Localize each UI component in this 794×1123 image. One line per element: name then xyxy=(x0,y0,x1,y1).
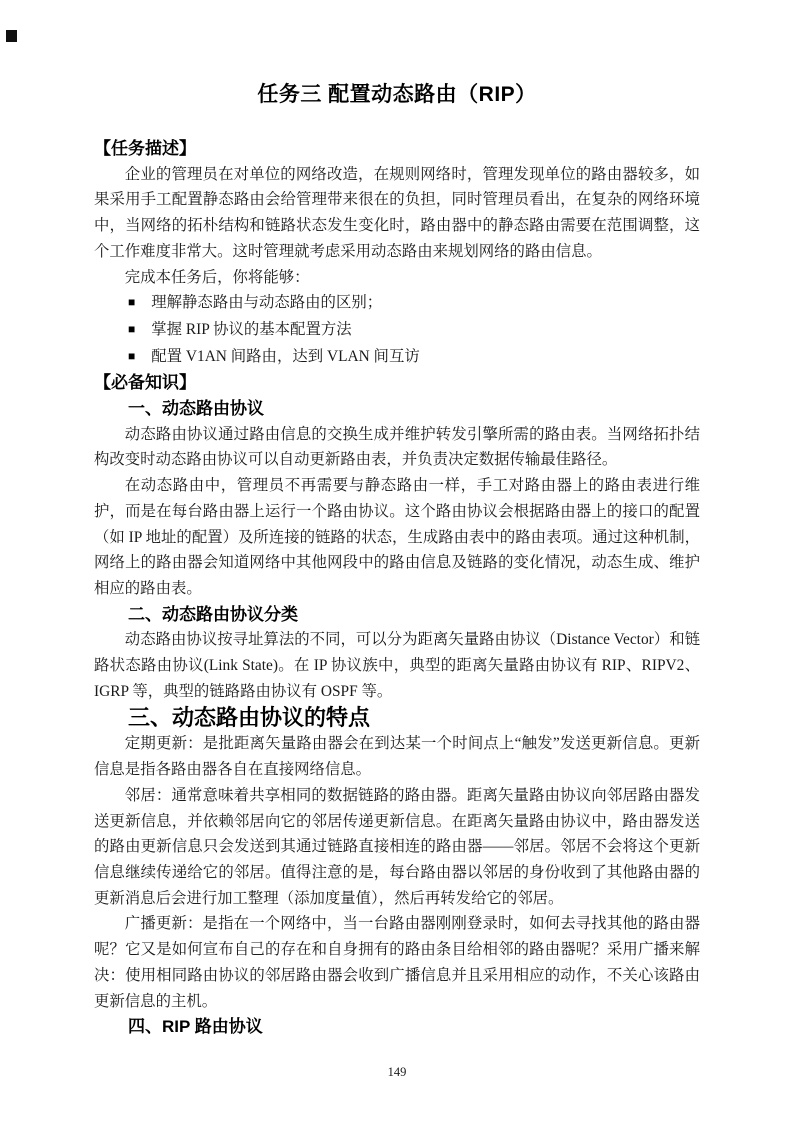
bullet-text: 理解静态路由与动态路由的区别； xyxy=(151,294,382,311)
subsection-heading-protocol-classification: 二、动态路由协议分类 xyxy=(94,602,700,628)
bullet-square-icon: ■ xyxy=(128,317,135,343)
section-header-required-knowledge: 【必备知识】 xyxy=(94,370,700,396)
list-item: ■掌握 RIP 协议的基本配置方法 xyxy=(94,317,700,344)
page-content: 任务三 配置动态路由（RIP） 【任务描述】 企业的管理员在对单位的网络改造，在… xyxy=(94,0,700,1040)
knowledge-paragraph: 广播更新：是指在一个网络中，当一台路由器刚刚登录时，如何去寻找其他的路由器呢？它… xyxy=(94,911,700,1014)
subsection-heading-dynamic-routing-protocol: 一、动态路由协议 xyxy=(94,396,700,422)
knowledge-paragraph: 邻居：通常意味着共享相同的数据链路的路由器。距离矢量路由协议向邻居路由器发送更新… xyxy=(94,783,700,912)
bullet-square-icon: ■ xyxy=(128,290,135,316)
page-number: 149 xyxy=(0,1065,794,1080)
scan-mark xyxy=(6,30,17,42)
knowledge-paragraph: 在动态路由中，管理员不再需要与静态路由一样，手工对路由器上的路由表进行维护，而是… xyxy=(94,473,700,602)
page-title: 任务三 配置动态路由（RIP） xyxy=(94,80,700,110)
section-header-task-description: 【任务描述】 xyxy=(94,136,700,162)
subsection-heading-protocol-features: 三、动态路由协议的特点 xyxy=(94,704,700,731)
list-item: ■理解静态路由与动态路由的区别； xyxy=(94,290,700,317)
subsection-heading-rip-protocol: 四、RIP 路由协议 xyxy=(94,1014,700,1040)
task-lead-in: 完成本任务后，你将能够： xyxy=(94,265,700,291)
bullet-text: 掌握 RIP 协议的基本配置方法 xyxy=(151,321,351,338)
document-page: 任务三 配置动态路由（RIP） 【任务描述】 企业的管理员在对单位的网络改造，在… xyxy=(0,0,794,1123)
bullet-text: 配置 V1AN 间路由，达到 VLAN 间互访 xyxy=(151,348,419,365)
knowledge-paragraph: 动态路由协议通过路由信息的交换生成并维护转发引擎所需的路由表。当网络拓扑结构改变… xyxy=(94,422,700,473)
bullet-square-icon: ■ xyxy=(128,344,135,370)
list-item: ■配置 V1AN 间路由，达到 VLAN 间互访 xyxy=(94,344,700,371)
knowledge-paragraph: 定期更新：是批距离矢量路由器会在到达某一个时间点上“触发”发送更新信息。更新信息… xyxy=(94,731,700,782)
knowledge-paragraph: 动态路由协议按寻址算法的不同，可以分为距离矢量路由协议（Distance Vec… xyxy=(94,627,700,704)
task-description-paragraph: 企业的管理员在对单位的网络改造，在规则网络时，管理发现单位的路由器较多，如果采用… xyxy=(94,162,700,265)
